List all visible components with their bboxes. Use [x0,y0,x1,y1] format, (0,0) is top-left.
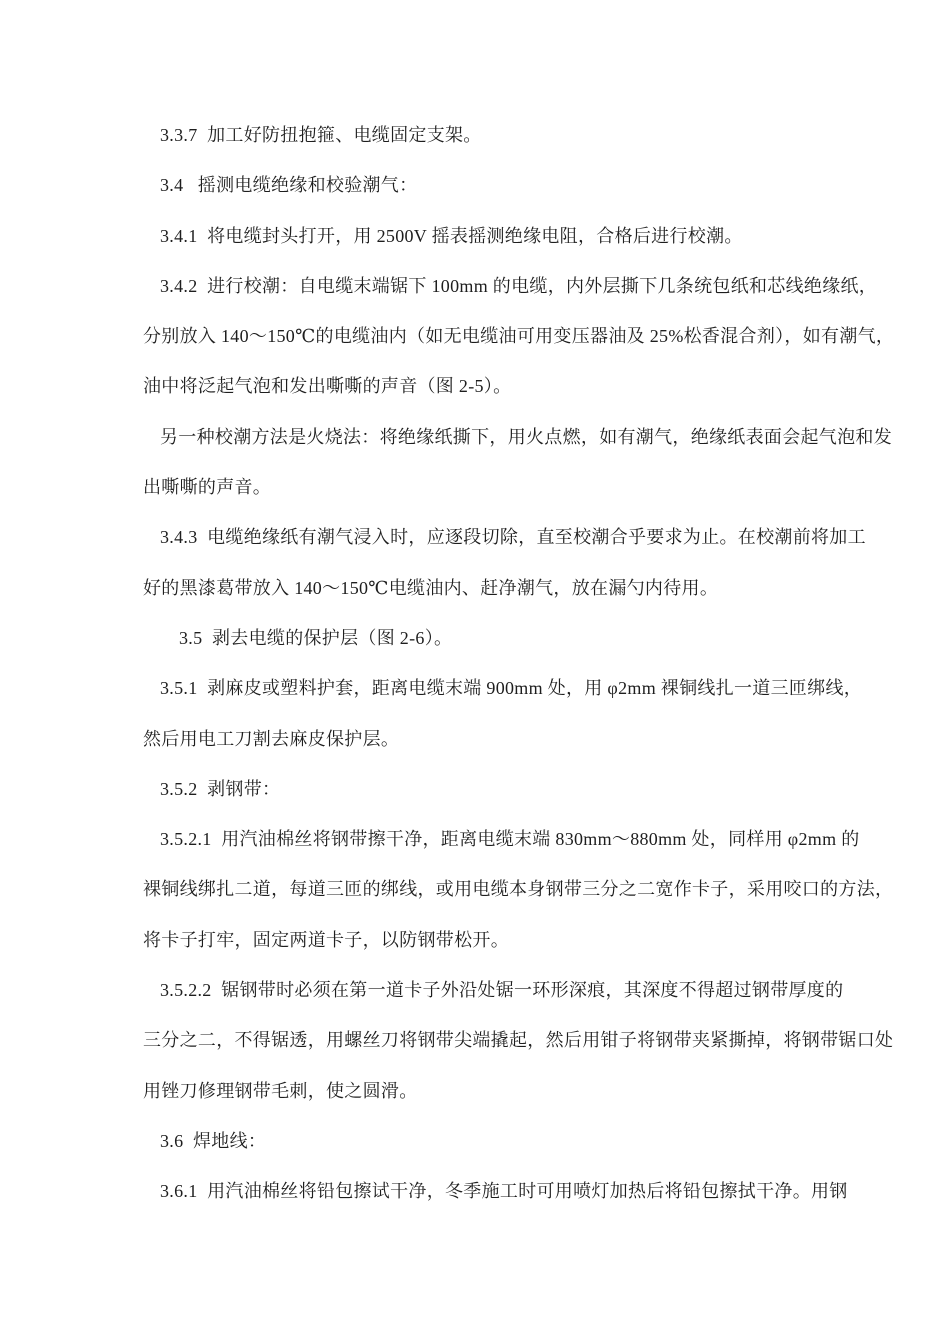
text-line: 好的黑漆葛带放入 140～150℃电缆油内、赶净潮气，放在漏勺内待用。 [143,563,821,613]
text-line: 用锉刀修理钢带毛刺，使之圆滑。 [143,1066,821,1116]
text-line: 另一种校潮方法是火烧法：将绝缘纸撕下，用火点燃，如有潮气，绝缘纸表面会起气泡和发 [143,412,821,462]
text-line: 然后用电工刀割去麻皮保护层。 [143,714,821,764]
text-line: 3.5.1 剥麻皮或塑料护套，距离电缆末端 900mm 处，用 φ2mm 裸铜线… [143,663,821,713]
text-line: 3.4.1 将电缆封头打开，用 2500V 摇表摇测绝缘电阻，合格后进行校潮。 [143,211,821,261]
text-line: 出嘶嘶的声音。 [143,462,821,512]
text-line: 3.4.3 电缆绝缘纸有潮气浸入时，应逐段切除，直至校潮合乎要求为止。在校潮前将… [143,512,821,562]
text-line: 3.6.1 用汽油棉丝将铅包擦试干净，冬季施工时可用喷灯加热后将铅包擦拭干净。用… [143,1166,821,1216]
text-line: 将卡子打牢，固定两道卡子，以防钢带松开。 [143,915,821,965]
text-line: 裸铜线绑扎二道，每道三匝的绑线，或用电缆本身钢带三分之二宽作卡子，采用咬口的方法… [143,864,821,914]
document-page: 3.3.7 加工好防扭抱箍、电缆固定支架。3.4 摇测电缆绝缘和校验潮气：3.4… [0,0,950,1344]
text-line: 3.4 摇测电缆绝缘和校验潮气： [143,160,821,210]
text-line: 3.5.2.1 用汽油棉丝将钢带擦干净，距离电缆末端 830mm～880mm 处… [143,814,821,864]
text-line: 3.4.2 进行校潮：自电缆末端锯下 100mm 的电缆，内外层撕下几条统包纸和… [143,261,821,311]
text-line: 3.3.7 加工好防扭抱箍、电缆固定支架。 [143,110,821,160]
text-line: 3.6 焊地线： [143,1116,821,1166]
text-line: 3.5.2.2 锯钢带时必须在第一道卡子外沿处锯一环形深痕，其深度不得超过钢带厚… [143,965,821,1015]
text-line: 3.5.2 剥钢带： [143,764,821,814]
text-line: 三分之二，不得锯透，用螺丝刀将钢带尖端撬起，然后用钳子将钢带夹紧撕掉，将钢带锯口… [143,1015,821,1065]
text-line: 分别放入 140～150℃的电缆油内（如无电缆油可用变压器油及 25%松香混合剂… [143,311,821,361]
text-line: 油中将泛起气泡和发出嘶嘶的声音（图 2-5）。 [143,361,821,411]
document-body: 3.3.7 加工好防扭抱箍、电缆固定支架。3.4 摇测电缆绝缘和校验潮气：3.4… [143,110,821,1217]
text-line: 3.5 剥去电缆的保护层（图 2-6）。 [143,613,821,663]
